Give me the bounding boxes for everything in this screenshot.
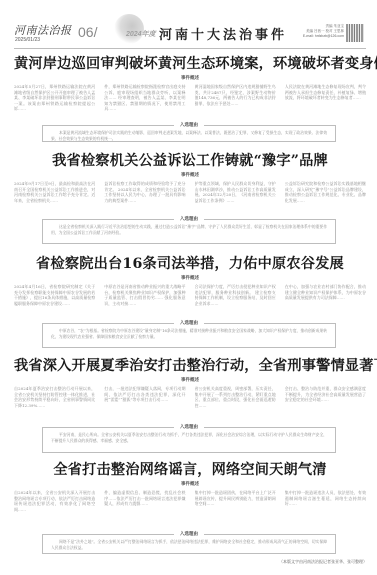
editor-credits: 责编 朱亚宝 美编 吕茜一 校对 王思林 E-mail: hnfzbzb@126… — [303, 24, 344, 39]
selection-reason-title: 入选理由 — [174, 216, 204, 222]
article-1: 黄河岸边巡回审判破坏黄河生态环境案，环境破坏者变身修复者 事件概述 2024年5… — [14, 53, 366, 129]
selection-reason-title: 入选理由 — [174, 424, 204, 430]
article-5: 全省打击整治网络谣言，网络空间天朗气清 事件概述 自2024年以来，全省公安机关… — [14, 459, 366, 534]
article-column: 集中打掉一批造谣团伙，在网络平台上广泛开展辟谣宣传，提升网民辨别能力，营造清朗网… — [195, 490, 276, 534]
event-summary-label: 事件概述 — [14, 377, 366, 383]
article-column: 自2024年夏季治安打击整治行动开展以来，全省公安机关坚持打防管控建一体化推进，… — [14, 386, 95, 423]
selection-reason-text: 中原农谷，“农”为根基。省检察院为中原农谷建设“量身定制”16条司法措施，精准对… — [51, 328, 327, 340]
selection-reason-title: 入选理由 — [174, 531, 204, 537]
article-column: 公益诉讼研究院和检察公益诉讼实践基地相继成立，深入研究“豫字号”公益诉讼品牌建设… — [285, 181, 366, 219]
masthead-divider — [14, 48, 366, 49]
selection-reason-box: 入选理由 这是全省检察机关深入践行习近平法治思想的生动实践，通过打造公益诉讼“豫… — [42, 219, 336, 244]
selection-reason-title: 入选理由 — [174, 320, 204, 326]
article-headline: 我省检察机关公益诉讼工作铸就“豫字”品牌 — [14, 150, 366, 170]
article-headline: 省检察院出台16条司法举措，力佑中原农谷发展 — [14, 253, 366, 273]
article-column: 打击，一批违法犯罪嫌疑人落网，专项行动期间，依法严厉打击各类违法犯罪，深化开展“… — [104, 386, 185, 423]
selection-reason-text: 平安河南，是民心所向。全省公安机关以夏季治安打击整治行动为抓手，严打各类违法犯罪… — [51, 432, 327, 444]
selection-reason-box: 入选理由 本案是黄河流域生态环境保护司法实践的生动缩影，巡回审判走进案发地，以案… — [42, 125, 336, 142]
article-column: 益诉讼检察工作取得的成绩和经验给予了充分肯定。 2024年以来，全省检察机关公益… — [104, 181, 185, 219]
selection-reason-box: 入选理由 网络不是“法外之地”。全省公安机关以严打整治网络谣言为抓手，依法惩治网… — [42, 534, 336, 554]
selection-reason-box: 入选理由 中原农谷，“农”为根基。省检察院为中原农谷建设“量身定制”16条司法措… — [42, 323, 336, 348]
article-column: 黄河湿地国家级自然保护区内违规猎捕野生鸟类，共计2487只，经鉴定，涉案野生动物… — [195, 84, 276, 129]
selection-reason-text: 这是全省检察机关深入践行习近平法治思想的生动实践，通过打造公益诉讼“豫字”品牌，… — [51, 224, 327, 236]
article-body: 自2024年夏季治安打击整治行动开展以来，全省公安机关坚持打防管控建一体化推进，… — [14, 386, 366, 423]
article-body: 自2024年以来，全省公安机关深入开展打击整治网络谣言专项行动，依法严厉打击网络… — [14, 490, 366, 534]
selection-reason-box: 入选理由 平安河南，是民心所向。全省公安机关以夏季治安打击整治行动为抓手，严打各… — [42, 427, 336, 453]
selection-reason-text: 网络不是“法外之地”。全省公安机关以严打整治网络谣言为抓手，依法惩治网络违法犯罪… — [51, 539, 327, 551]
event-summary-label: 事件概述 — [14, 172, 366, 178]
event-summary-label: 事件概述 — [14, 275, 366, 281]
event-summary-label: 事件概述 — [14, 481, 366, 487]
masthead: 河南法治报 2025/01/23 06/ 2024年度 河南十大法治事件 责编 … — [14, 0, 366, 50]
article-body: 2024年9月17日至9日，最高检和最高法在河南召开全国检察机关公益诉讼工作推进… — [14, 181, 366, 219]
article-4: 我省深入开展夏季治安打击整治行动，全省刑事警情显著下降 事件概述 自2024年夏… — [14, 355, 366, 423]
article-column: 会打击、整治与防范并重，群众安全感满意度不断提升，为全省经济社会高质量发展营造了… — [285, 386, 366, 423]
article-column: 件，编造虚假信息、制造恐慌，扰乱社会秩序……依法严厉打击一批网络谣言违法犯罪嫌疑… — [104, 490, 185, 534]
article-column: 集中打掉一批造谣违法人员，依法惩处，有效遏制网络谣言滋生蔓延，网络生态持续向好…… — [285, 490, 366, 534]
qr-code-icon[interactable] — [346, 24, 364, 42]
selection-reason-text: 本案是黄河流域生态环境保护司法实践的生动缩影，巡回审判走进案发地，以案释法、以案… — [51, 130, 327, 142]
article-column: 护等重点领域，保护人民群众切身利益，守护山水林田湖草沙，推动公益诉讼工作高质量发… — [195, 181, 276, 219]
article-column: 人民法院在黄河滩地生态修复现场宣判，判令两被告人承担生态修复责任，补植复绿、增殖… — [285, 84, 366, 129]
year-label: 2024年度 — [126, 29, 156, 39]
article-column: 自2024年以来，全省公安机关深入开展打击整治网络谣言专项行动，依法严厉打击网络… — [14, 490, 95, 534]
article-2: 我省检察机关公益诉讼工作铸就“豫字”品牌 事件概述 2024年9月17日至9日，… — [14, 150, 366, 219]
article-headline: 黄河岸边巡回审判破坏黄河生态环境案，环境破坏者变身修复者 — [14, 53, 366, 73]
article-column: 省公安机关高度重视，周密部署，压实责任，集中开展了一系列打击整治行动，紧盯重点地… — [195, 386, 276, 423]
credit-line: E-mail: hnfzbzb@126.com — [303, 34, 344, 39]
page-number: 06/ — [78, 24, 97, 40]
section-title: 河南十大法治事件 — [159, 24, 287, 43]
article-headline: 我省深入开展夏季治安打击整治行动，全省刑事警情显著下降 — [14, 355, 366, 375]
newspaper-logo: 河南法治报 — [14, 22, 72, 38]
selection-reason-title: 入选理由 — [174, 122, 204, 128]
article-column: 2024年5月27日，郑州铁路运输法院在黄河滩地省级自然保护区公开开庭审理了被告… — [14, 84, 95, 129]
event-summary-label: 事件概述 — [14, 75, 366, 81]
source-note: （本版文字由河南法治报记者张亚华、张可整理） — [279, 559, 367, 565]
issue-date: 2025/01/23 — [15, 37, 40, 43]
article-column: 2024年9月17日至9日，最高检和最高法在河南召开全国检察机关公益诉讼工作推进… — [14, 181, 95, 219]
article-headline: 全省打击整治网络谣言，网络空间天朗气清 — [14, 459, 366, 479]
